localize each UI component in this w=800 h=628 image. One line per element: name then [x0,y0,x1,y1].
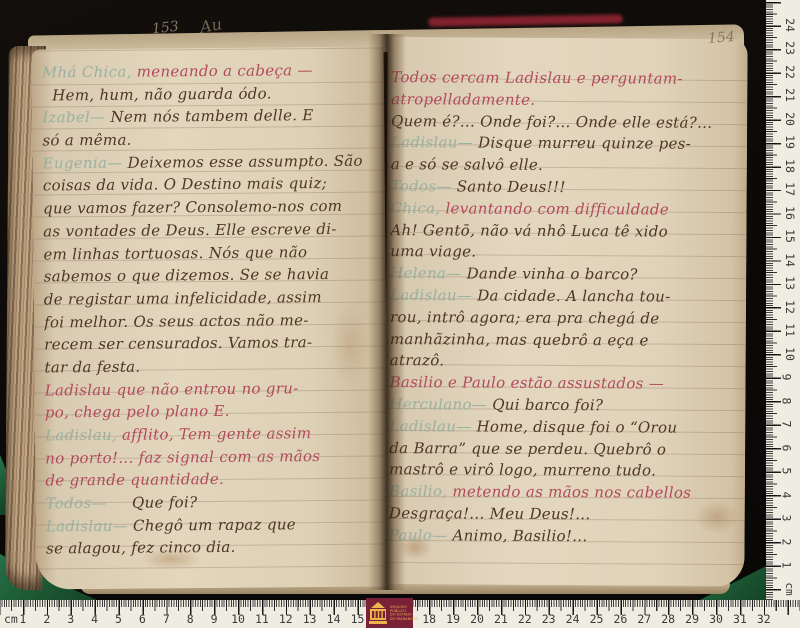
manuscript-text-segment: tar da festa. [44,358,140,377]
manuscript-text-segment: Animo, Basilio!... [453,526,588,545]
ruler-number: 10 [231,612,245,626]
manuscript-text-segment: mastrô e virô logo, murreno tudo. [389,460,656,479]
manuscript-text-segment: só a mêma. [42,131,131,150]
manuscript-text-segment: Basilio e Paulo estão assustados — [390,373,665,392]
ruler-number: 15 [783,229,797,243]
manuscript-text-segment: manhãzinha, mas quebrô a eça e [390,330,649,349]
manuscript-line: no porto!... faz signal com as mãos [45,444,385,470]
ruler-number: 25 [590,612,604,626]
ruler-number: 29 [685,612,699,626]
ruler-number: 13 [783,276,797,290]
ruler-number: 11 [783,323,797,337]
ruler-number: 2 [779,538,793,545]
manuscript-text-segment: Hem, hum, não guarda ódo. [42,84,272,104]
ruler-number: 31 [733,612,747,626]
archive-logo-text: ARQUIVO PÚBLICO DO ESTADO DO MARANHÃO [390,605,418,621]
manuscript-line: recem ser censurados. Vamos tra- [44,331,384,357]
manuscript-text-segment: Eugenia— [43,153,128,172]
ruler-number: 10 [783,347,797,361]
ruler-number: 6 [139,612,146,626]
right-page-manuscript-text: Todos cercam Ladislau e perguntam-atrope… [389,67,744,559]
ruler-number: 3 [779,515,793,522]
ruler-number: 12 [783,300,797,314]
manuscript-line: Ladislau, afflito, Tem gente assim [45,422,385,448]
ruler-number: 6 [779,444,793,451]
manuscript-line: Ah! Gentō, não vá nhô Luca tê xido [390,220,742,244]
manuscript-text-segment: Deixemos esse assumpto. São [128,151,363,171]
ruler-number: 28 [661,612,675,626]
ruler-number: 30 [709,612,723,626]
ruler-number: 17 [783,182,797,196]
manuscript-line: po, chega pelo plano E. [45,399,385,425]
manuscript-line: Herculano— Qui barco foi? [389,394,741,418]
manuscript-text-segment: Santo Deus!!! [457,177,566,196]
ruler-number: 19 [783,135,797,149]
manuscript-text-segment: Qui barco foi? [492,396,603,415]
manuscript-text-segment: levantando com difficuldade [445,199,669,218]
ruler-number: 4 [91,612,98,626]
manuscript-line: que vamos fazer? Consolemo-nos com [43,195,383,221]
manuscript-text-segment: Nem nós tambem delle. E [110,106,313,126]
ruler-number: 23 [542,612,556,626]
manuscript-text-segment: Ladislau, [45,426,122,445]
manuscript-text-segment: meneando a cabeça — [137,61,313,81]
manuscript-line: Todos— Que foi? [46,490,386,516]
archive-logo: ARQUIVO PÚBLICO DO ESTADO DO MARANHÃO [366,598,413,628]
manuscript-line: em linhas tortuosas. Nós que não [43,240,383,266]
manuscript-text-segment: a e só se salvô elle. [391,155,543,174]
archival-photo-background: 153 Au 154 Mhá Chica, meneando a cabeça … [0,0,800,628]
ruler-number: 11 [255,612,269,626]
ruler-number: 16 [783,206,797,220]
ruler-number: 21 [783,88,797,102]
ruler-number: 20 [470,612,484,626]
ruler-number: 22 [783,65,797,79]
ruler-number: 8 [187,612,194,626]
ruler-number: 4 [779,491,793,498]
manuscript-line: Ladislau— Da cidade. A lancha tou- [390,285,742,309]
manuscript-text-segment: de grande quantidade. [45,470,224,490]
manuscript-line: as vontades de Deus. Elle escreve di- [43,217,383,243]
manuscript-text-segment: Dande vinha o barco? [467,265,638,284]
manuscript-line: foi melhor. Os seus actos não me- [44,308,384,334]
ruler-number: 3 [67,612,74,626]
manuscript-line: só a mêma. [42,127,382,153]
manuscript-line: sabemos o que dizemos. Se se havia [44,263,384,289]
ruler-number: 24 [566,612,580,626]
manuscript-text-segment: Ah! Gentō, não vá nhô Luca tê xido [390,221,668,240]
ruler-number: 12 [279,612,293,626]
manuscript-line: Desgraça!... Meu Deus!... [389,503,741,527]
manuscript-text-segment: atropelladamente. [391,90,535,109]
manuscript-text-segment: no porto!... faz signal com as mãos [45,447,320,467]
manuscript-text-segment: Chegô um rapaz que [133,515,296,534]
manuscript-line: atrazô. [390,350,742,374]
manuscript-text-segment: rou, intrô agora; era pra chegá de [390,308,660,327]
ruler-number: 1 [19,612,26,626]
manuscript-text-segment: Que foi? [112,493,198,512]
ruler-number: 14 [783,253,797,267]
manuscript-line: Ladislau— Home, disque foi o “Orou [389,416,741,440]
manuscript-line: Eugenia— Deixemos esse assumpto. São [43,149,383,175]
ruler-number: 22 [518,612,532,626]
ruler-number: 26 [613,612,627,626]
manuscript-line: Todos cercam Ladislau e perguntam- [391,67,743,91]
manuscript-text-segment: Todos cercam Ladislau e perguntam- [391,68,683,88]
left-page-manuscript-text: Mhá Chica, meneando a cabeça — Hem, hum,… [42,59,386,572]
page-number-left: 153 [151,19,179,38]
ruler-number: 21 [494,612,508,626]
page-number-right: 154 [707,29,735,47]
manuscript-text-segment: da Barra” que se perdeu. Quebrô o [389,439,666,458]
vertical-ruler: cm 1234567891011121314151617181920212223… [766,0,800,600]
ruler-number: 24 [783,18,797,32]
manuscript-line: Basilio e Paulo estão assustados — [390,372,742,396]
ruler-number: 20 [783,112,797,126]
manuscript-text-segment: Disque murreu quinze pes- [478,134,691,153]
manuscript-line: tar da festa. [44,353,384,379]
ruler-number: 7 [779,421,793,428]
manuscript-text-segment: Izabel— [42,108,110,127]
manuscript-text-segment: metendo as mãos nos cabellos [452,483,691,502]
manuscript-line: mastrô e virô logo, murreno tudo. [389,459,741,483]
ruler-number: 8 [779,397,793,404]
ruler-number: 23 [783,42,797,56]
manuscript-text-segment: po, chega pelo plano E. [45,402,230,422]
manuscript-line: Hem, hum, não guarda ódo. [42,81,382,107]
manuscript-line: Ladislau que não entrou no gru- [45,376,385,402]
manuscript-text-segment: Ladislau que não entrou no gru- [45,379,299,399]
manuscript-line: Basilio, metendo as mãos nos cabellos [389,481,741,505]
manuscript-text-segment: coisas da vida. O Destino mais quiz; [43,174,327,194]
manuscript-line: Ladislau— Disque murreu quinze pes- [391,132,743,156]
ruler-number: 32 [757,612,771,626]
manuscript-line: da Barra” que se perdeu. Quebrô o [389,438,741,462]
manuscript-text-segment: Home, disque foi o “Orou [477,417,678,436]
manuscript-line: de registar uma infelicidade, assim [44,285,384,311]
manuscript-line: se alagou, fez cinco dia. [46,535,386,561]
red-ink-stain [428,14,623,26]
manuscript-text-segment: Desgraça!... Meu Deus!... [389,504,591,523]
archive-building-icon [368,601,388,625]
ruler-number: 9 [779,374,793,381]
ruler-unit-label: cm [783,582,796,595]
manuscript-text-segment: as vontades de Deus. Elle escreve di- [43,220,337,241]
logo-text-line: DO MARANHÃO [390,617,418,621]
ruler-number: 7 [163,612,170,626]
manuscript-line: uma viage. [390,241,742,265]
manuscript-line: de grande quantidade. [45,467,385,493]
manuscript-line: Chica, levantando com difficuldade [390,198,742,222]
ruler-number: 18 [422,612,436,626]
manuscript-text-segment: de registar uma infelicidade, assim [44,288,322,308]
ruler-number: 5 [779,468,793,475]
manuscript-text-segment: em linhas tortuosas. Nós que não [43,243,307,263]
ruler-number: 2 [43,612,50,626]
manuscript-line: Izabel— Nem nós tambem delle. E [42,104,382,130]
manuscript-text-segment: Ladislau— [46,516,133,535]
manuscript-line: Mhá Chica, meneando a cabeça — [42,59,382,85]
ruler-number: 13 [303,612,317,626]
ruler-number: 27 [637,612,651,626]
manuscript-line: coisas da vida. O Destino mais quiz; [43,172,383,198]
pencil-scribble: Au [199,14,224,37]
ruler-number: 18 [783,159,797,173]
manuscript-line: Ladislau— Chegô um rapaz que [46,512,386,538]
manuscript-text-segment: que vamos fazer? Consolemo-nos com [43,197,342,218]
manuscript-line: rou, intrô agora; era pra chegá de [390,307,742,331]
manuscript-text-segment: Todos— [46,494,112,513]
manuscript-text-segment: recem ser censurados. Vamos tra- [44,333,312,353]
manuscript-text-segment: se alagou, fez cinco dia. [46,538,236,558]
manuscript-line: Paulo— Animo, Basilio!... [389,525,741,549]
ruler-number: 19 [446,612,460,626]
manuscript-text-segment: sabemos o que dizemos. Se se havia [44,265,330,285]
ruler-unit-label: cm [4,612,18,626]
ruler-number: 5 [115,612,122,626]
ruler-number: 1 [779,562,793,569]
book-gutter-shadow [368,34,406,590]
manuscript-line: Helena— Dande vinha o barco? [390,263,742,287]
manuscript-line: atropelladamente. [391,89,743,113]
manuscript-line: Todos— Santo Deus!!! [391,176,743,200]
manuscript-text-segment: foi melhor. Os seus actos não me- [44,311,309,331]
ruler-number: 15 [351,612,365,626]
manuscript-line: a e só se salvô elle. [391,154,743,178]
manuscript-line: manhãzinha, mas quebrô a eça e [390,329,742,353]
manuscript-text-segment: afflito, Tem gente assim [122,424,311,444]
ruler-number: 9 [211,612,218,626]
ruler-cm-ticks [766,2,781,600]
manuscript-text-segment: Quem é?... Onde foi?... Onde elle está?.… [391,112,712,132]
ruler-number: 14 [327,612,341,626]
manuscript-line: Quem é?... Onde foi?... Onde elle está?.… [391,111,743,135]
manuscript-text-segment: Da cidade. A lancha tou- [477,287,670,306]
manuscript-text-segment: Mhá Chica, [42,63,137,82]
